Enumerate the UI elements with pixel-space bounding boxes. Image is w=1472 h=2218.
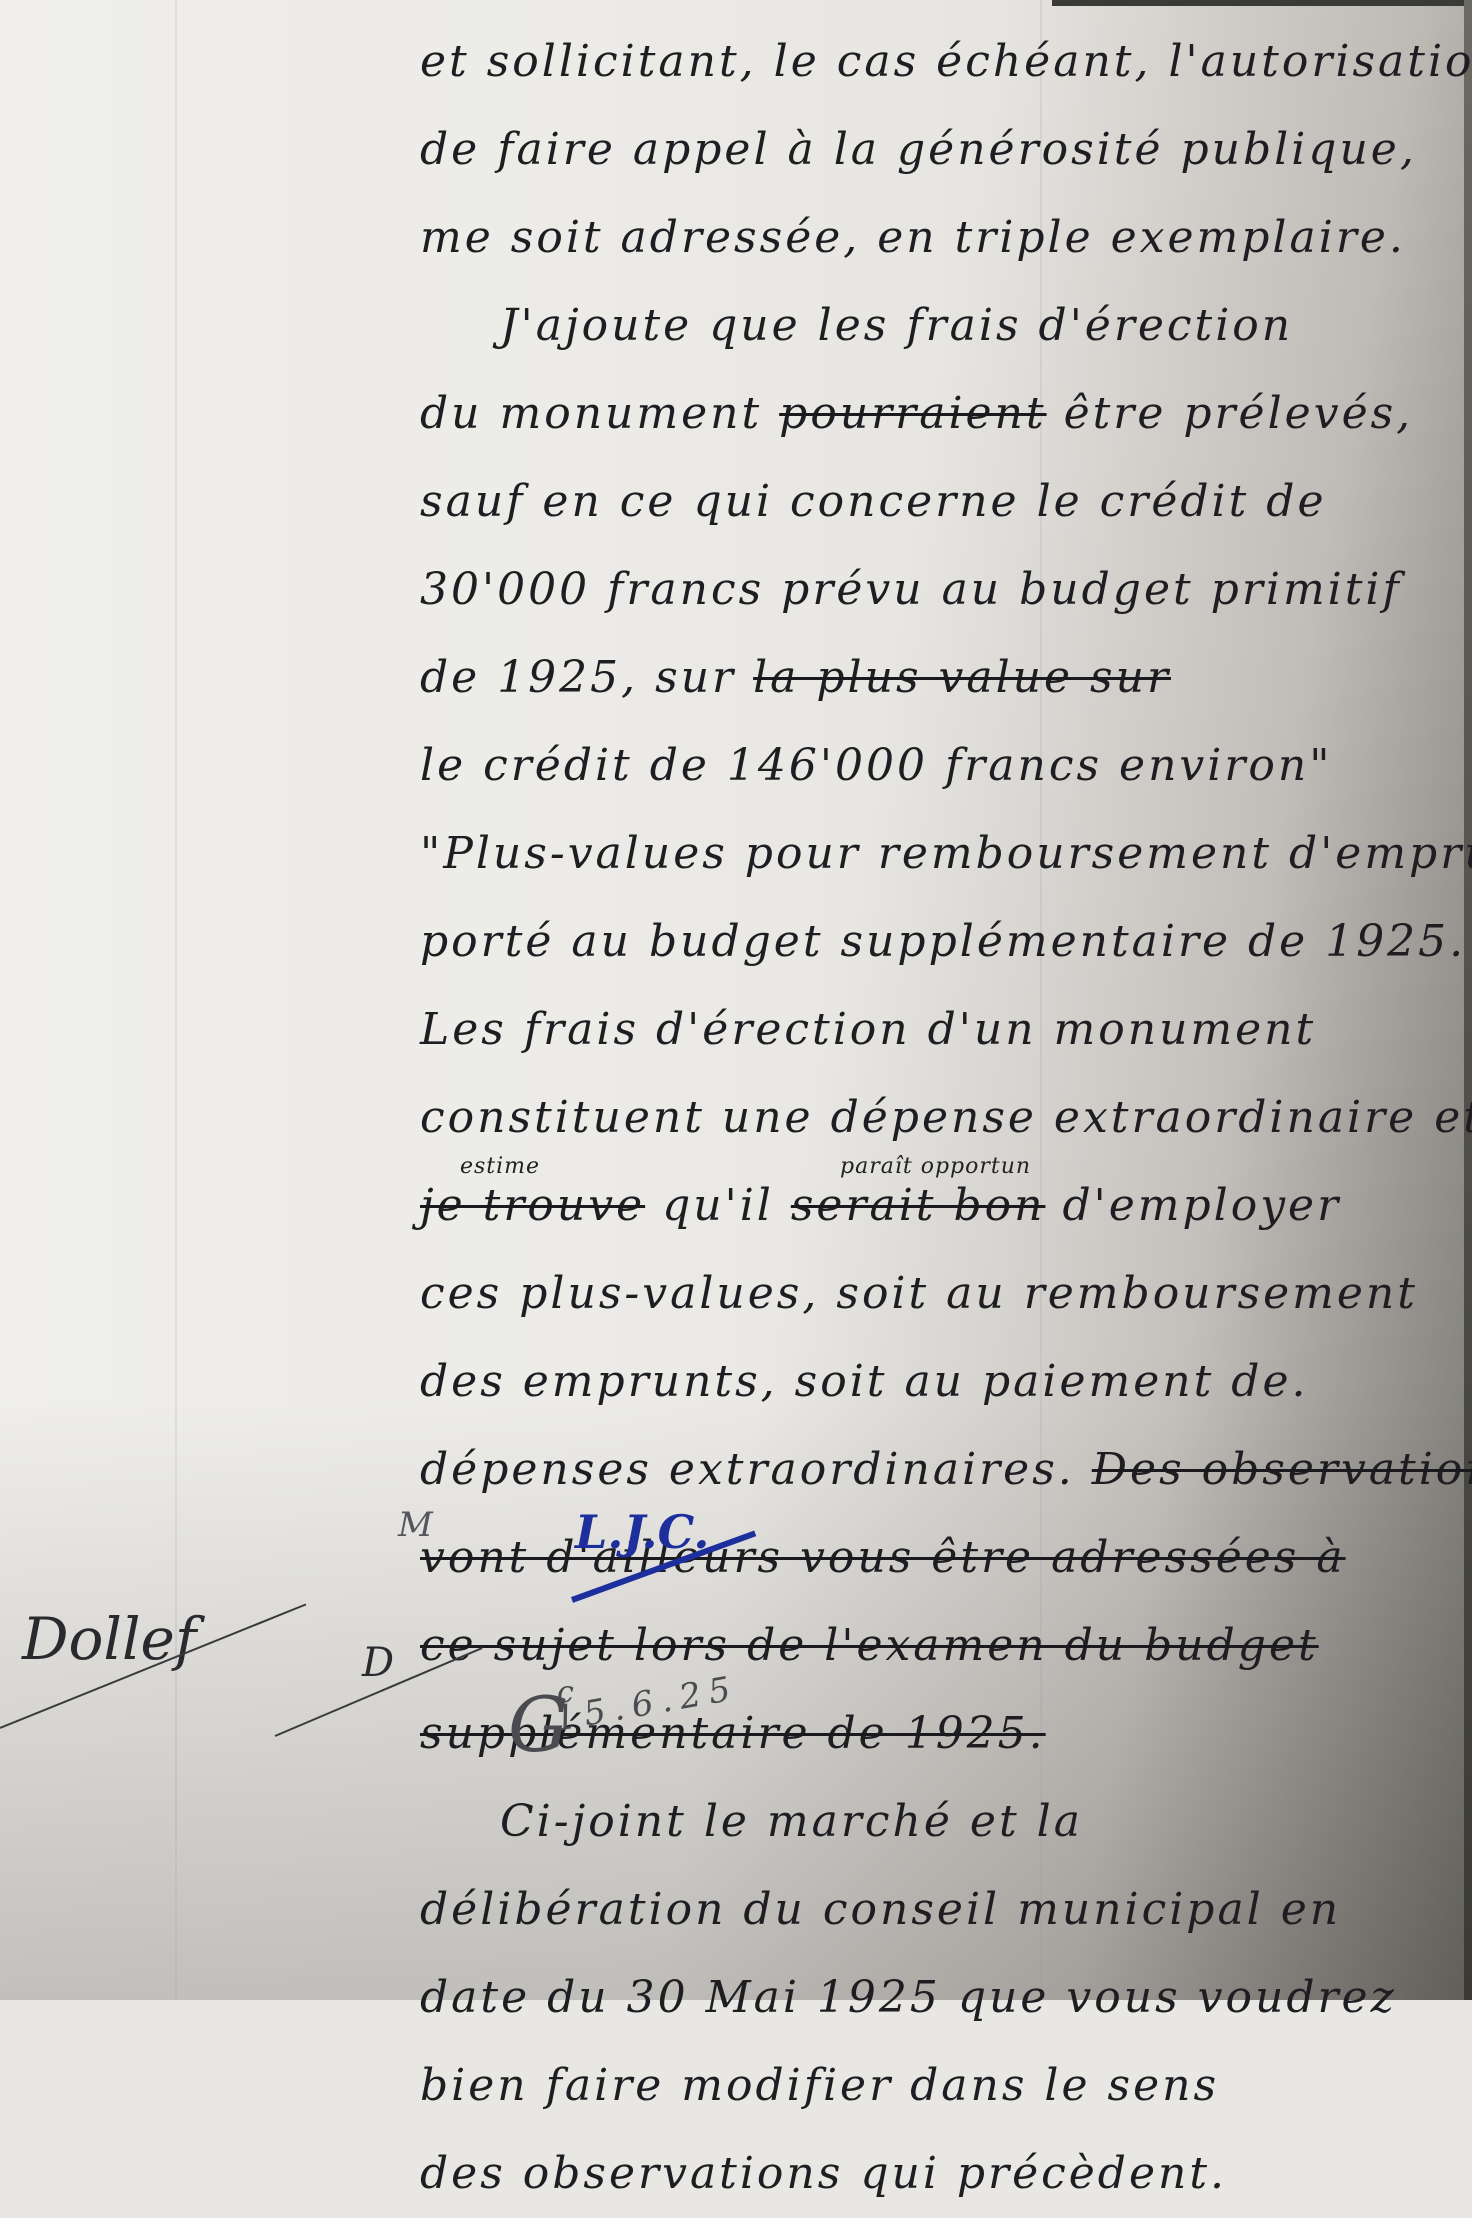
handwritten-line: Ci-joint le marché et la [420, 1778, 1440, 1866]
handwritten-line: de 1925, sur la plus value sur [420, 634, 1440, 722]
line-text: "Plus-values pour remboursement d'emprun… [420, 828, 1472, 879]
line-text: me soit adressée, en triple exemplaire. [420, 212, 1406, 263]
handwritten-line: me soit adressée, en triple exemplaire. [420, 194, 1440, 282]
handwritten-line: constituent une dépense extraordinaire e… [420, 1074, 1440, 1162]
line-text: dépenses extraordinaires. [420, 1444, 1092, 1495]
paper-fold-line [175, 0, 177, 2000]
pencil-initials: M [398, 1505, 433, 1545]
interlinear-correction: estime [460, 1156, 540, 1178]
handwritten-line: porté au budget supplémentaire de 1925. [420, 898, 1440, 986]
handwritten-line: J'ajoute que les frais d'érection [420, 282, 1440, 370]
handwritten-line: ces plus-values, soit au remboursement [420, 1250, 1440, 1338]
handwritten-line: délibération du conseil municipal en [420, 1866, 1440, 1954]
struck-text: la plus value sur [753, 652, 1171, 703]
line-text: de faire appel à la générosité publique, [420, 124, 1417, 175]
handwritten-line: des emprunts, soit au paiement de. [420, 1338, 1440, 1426]
signature-dollef: Dollef [22, 1605, 196, 1673]
blue-ink-initials: L.J.C. [575, 1505, 709, 1559]
line-text: sauf en ce qui concerne le crédit de [420, 476, 1327, 527]
line-text: de 1925, sur [420, 652, 753, 703]
line-text: être prélevés, [1047, 388, 1414, 439]
handwritten-line: "Plus-values pour remboursement d'emprun… [420, 810, 1440, 898]
line-text: délibération du conseil municipal en [420, 1884, 1341, 1935]
line-text: ces plus-values, soit au remboursement [420, 1268, 1418, 1319]
struck-text: Des observations [1092, 1444, 1472, 1495]
handwritten-line: dépenses extraordinaires. Des observatio… [420, 1426, 1440, 1514]
handwritten-line: sauf en ce qui concerne le crédit de [420, 458, 1440, 546]
struck-text: je trouve [420, 1180, 645, 1231]
line-text: J'ajoute que les frais d'érection [500, 300, 1293, 351]
struck-text: vont d'ailleurs vous être adressées à [420, 1532, 1346, 1583]
struck-text: serait bon [791, 1180, 1046, 1231]
interlinear-correction: paraît opportun [840, 1156, 1031, 1178]
struck-text: pourraient [779, 388, 1046, 439]
initial-mark: D [362, 1640, 394, 1686]
scan-top-edge [1052, 0, 1472, 6]
line-text: constituent une dépense extraordinaire e… [420, 1092, 1472, 1143]
line-text: du monument [420, 388, 779, 439]
line-text: Ci-joint le marché et la [500, 1796, 1083, 1847]
line-text: Les frais d'érection d'un monument [420, 1004, 1316, 1055]
handwritten-line: je trouve qu'il serait bon d'employerest… [420, 1162, 1440, 1250]
handwritten-line: vont d'ailleurs vous être adressées à [420, 1514, 1440, 1602]
line-text: 30'000 francs prévu au budget primitif [420, 564, 1402, 615]
line-text: qu'il [645, 1180, 791, 1231]
handwritten-line: Les frais d'érection d'un monument [420, 986, 1440, 1074]
scan-right-edge [1464, 0, 1472, 2000]
line-text: et sollicitant, le cas échéant, l'autori… [420, 36, 1472, 87]
line-text: des emprunts, soit au paiement de. [420, 1356, 1308, 1407]
handwritten-line: du monument pourraient être prélevés, [420, 370, 1440, 458]
handwritten-line: date du 30 Mai 1925 que vous voudrez [420, 1954, 1440, 2000]
handwritten-line: et sollicitant, le cas échéant, l'autori… [420, 18, 1440, 106]
handwritten-line: de faire appel à la générosité publique, [420, 106, 1440, 194]
document-page: et sollicitant, le cas échéant, l'autori… [0, 0, 1472, 2000]
line-text: date du 30 Mai 1925 que vous voudrez [420, 1972, 1397, 2000]
line-text: porté au budget supplémentaire de 1925. [420, 916, 1466, 967]
handwritten-line: 30'000 francs prévu au budget primitif [420, 546, 1440, 634]
handwritten-line: le crédit de 146'000 francs environ" [420, 722, 1440, 810]
line-text: d'employer [1045, 1180, 1341, 1231]
struck-text: ce sujet lors de l'examen du budget [420, 1620, 1319, 1671]
line-text: le crédit de 146'000 francs environ" [420, 740, 1332, 791]
